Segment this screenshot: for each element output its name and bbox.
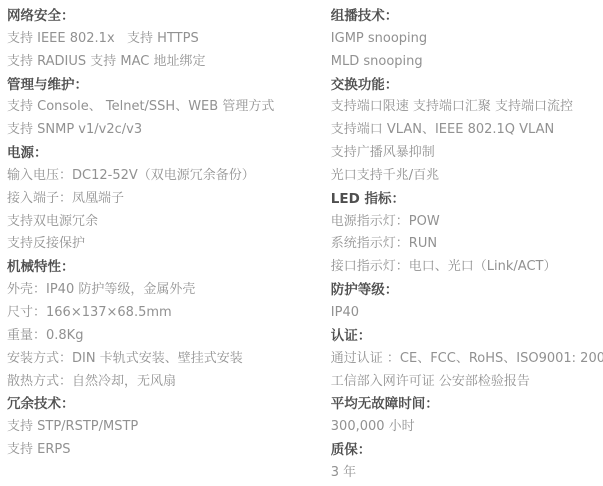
section-heading-warranty: 质保： (331, 439, 603, 462)
spec-line-led-indicators: 接口指示灯：电口、光口（Link/ACT） (331, 256, 603, 279)
spec-column-right: 组播技术：IGMP snoopingMLD snooping交换功能：支持端口限… (331, 5, 603, 486)
section-heading-led-indicators: LED 指标： (331, 188, 603, 211)
spec-line-redundancy: 支持 ERPS (7, 439, 331, 462)
section-heading-mtbf: 平均无故障时间： (331, 393, 603, 416)
spec-line-mechanical: 外壳：IP40 防护等级，金属外壳 (7, 279, 331, 302)
spec-line-redundancy: 支持 STP/RSTP/MSTP (7, 416, 331, 439)
spec-line-mechanical: 散热方式：自然冷却，无风扇 (7, 371, 331, 394)
section-heading-switching: 交换功能： (331, 74, 603, 97)
spec-line-switching: 支持端口 VLAN、IEEE 802.1Q VLAN (331, 119, 603, 142)
spec-line-management-maintenance: 支持 SNMP v1/v2c/v3 (7, 119, 331, 142)
spec-line-certification: 工信部入网许可证 公安部检验报告 (331, 371, 603, 394)
spec-line-mechanical: 重量：0.8Kg (7, 325, 331, 348)
spec-line-multicast: MLD snooping (331, 51, 603, 74)
spec-line-power: 接入端子：凤凰端子 (7, 188, 331, 211)
spec-line-protection-rating: IP40 (331, 302, 603, 325)
section-heading-certification: 认证： (331, 325, 603, 348)
spec-line-switching: 支持端口限速 支持端口汇聚 支持端口流控 (331, 96, 603, 119)
spec-line-power: 支持反接保护 (7, 233, 331, 256)
section-heading-mechanical: 机械特性： (7, 256, 331, 279)
spec-line-power: 输入电压：DC12-52V（双电源冗余备份） (7, 165, 331, 188)
spec-line-mechanical: 安装方式：DIN 卡轨式安装、壁挂式安装 (7, 348, 331, 371)
section-heading-management-maintenance: 管理与维护： (7, 74, 331, 97)
spec-line-multicast: IGMP snooping (331, 28, 603, 51)
spec-line-management-maintenance: 支持 Console、 Telnet/SSH、WEB 管理方式 (7, 96, 331, 119)
spec-line-warranty: 3 年 (331, 462, 603, 485)
spec-line-mtbf: 300,000 小时 (331, 416, 603, 439)
spec-sheet: 网络安全：支持 IEEE 802.1x 支持 HTTPS支持 RADIUS 支持… (0, 0, 603, 486)
spec-line-power: 支持双电源冗余 (7, 211, 331, 234)
spec-column-left: 网络安全：支持 IEEE 802.1x 支持 HTTPS支持 RADIUS 支持… (7, 5, 331, 486)
spec-line-led-indicators: 电源指示灯：POW (331, 211, 603, 234)
section-heading-multicast: 组播技术： (331, 5, 603, 28)
spec-line-network-security: 支持 RADIUS 支持 MAC 地址绑定 (7, 51, 331, 74)
section-heading-power: 电源： (7, 142, 331, 165)
section-heading-protection-rating: 防护等级： (331, 279, 603, 302)
section-heading-redundancy: 冗余技术： (7, 393, 331, 416)
section-heading-network-security: 网络安全： (7, 5, 331, 28)
spec-line-switching: 支持广播风暴抑制 (331, 142, 603, 165)
spec-line-mechanical: 尺寸：166×137×68.5mm (7, 302, 331, 325)
spec-line-led-indicators: 系统指示灯：RUN (331, 233, 603, 256)
spec-line-switching: 光口支持千兆/百兆 (331, 165, 603, 188)
spec-line-network-security: 支持 IEEE 802.1x 支持 HTTPS (7, 28, 331, 51)
spec-line-certification: 通过认证 ：CE、FCC、RoHS、ISO9001: 2008 (331, 348, 603, 371)
